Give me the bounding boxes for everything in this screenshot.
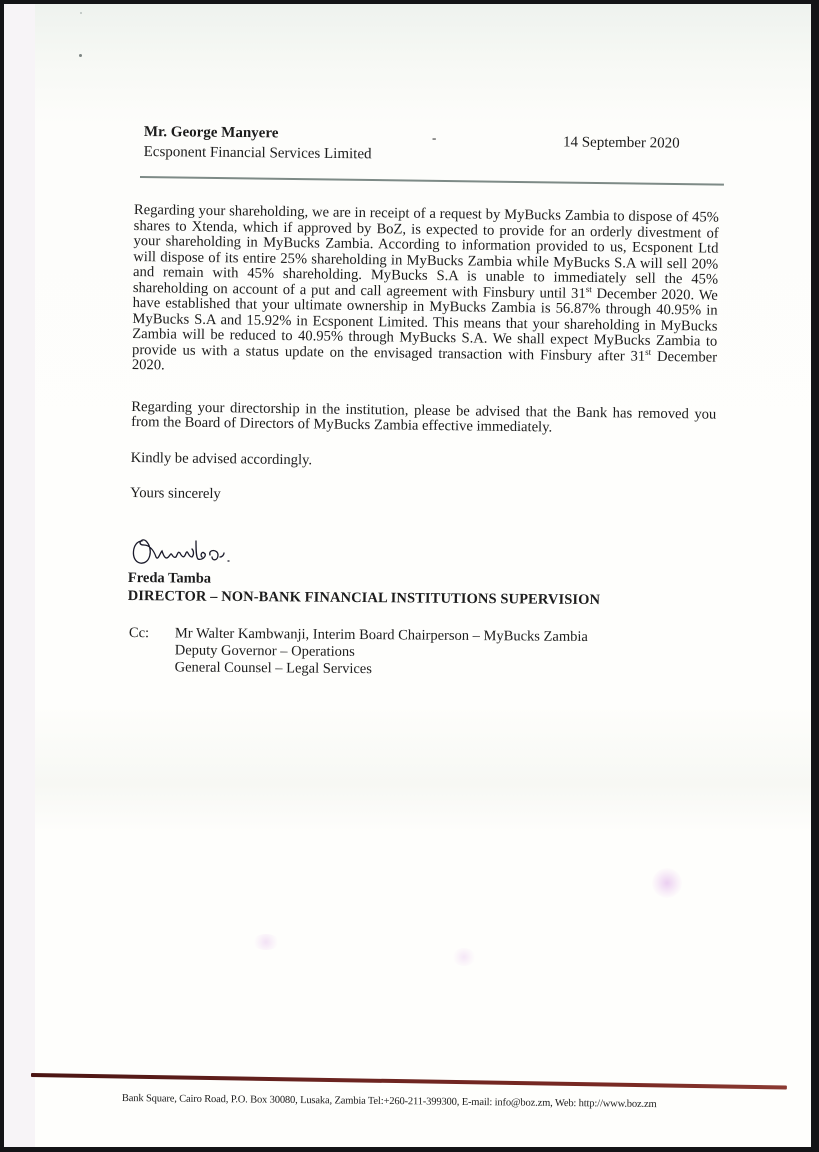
cc-recipient-list: Mr Walter Kambwanji, Interim Board Chair… xyxy=(175,625,588,680)
scan-speck xyxy=(79,54,82,57)
cc-label: Cc: xyxy=(129,625,149,642)
signer-block: Freda Tamba DIRECTOR – NON-BANK FINANCIA… xyxy=(128,570,601,609)
shareholding-paragraph: Regarding your shareholding, we are in r… xyxy=(132,203,719,381)
scan-artifact xyxy=(452,948,476,966)
scanned-document: Mr. George Manyere Ecsponent Financial S… xyxy=(4,4,811,1147)
directorship-paragraph: Regarding your directorship in the insti… xyxy=(131,399,716,438)
scan-artifact xyxy=(252,934,280,950)
letter-date: 14 September 2020 xyxy=(563,134,680,152)
addressee-block: Mr. George Manyere Ecsponent Financial S… xyxy=(144,122,372,164)
letter-body: Regarding your shareholding, we are in r… xyxy=(130,203,719,509)
scan-artifact xyxy=(652,868,682,898)
recipient-company: Ecsponent Financial Services Limited xyxy=(144,142,372,164)
cc-recipient: General Counsel – Legal Services xyxy=(175,659,588,680)
recipient-name: Mr. George Manyere xyxy=(144,122,372,144)
handwritten-signature xyxy=(128,531,248,571)
advisory-paragraph: Kindly be advised accordingly. xyxy=(131,450,716,473)
scan-margin-strip xyxy=(4,4,35,1147)
header-separator: - xyxy=(432,130,436,146)
scan-speck xyxy=(80,12,82,14)
